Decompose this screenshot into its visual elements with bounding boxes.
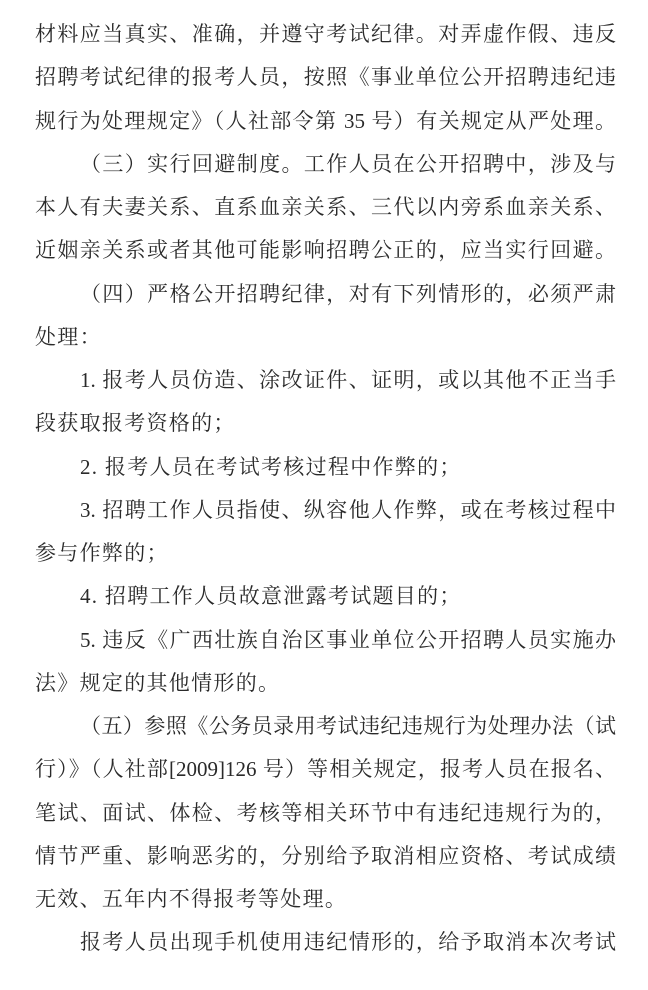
document-page: 材料应当真实、准确，并遵守考试纪律。对弄虚作假、违反 招聘考试纪律的报考人员，按… — [0, 0, 648, 990]
text-line: 参与作弊的； — [35, 532, 616, 575]
text-line: 5. 违反《广西壮族自治区事业单位公开招聘人员实施办 — [35, 619, 616, 662]
text-line: 4. 招聘工作人员故意泄露考试题目的； — [35, 575, 616, 618]
text-line: 本人有夫妻关系、直系血亲关系、三代以内旁系血亲关系、 — [35, 186, 616, 229]
text-line: 行）》（人社部[2009]126 号）等相关规定，报考人员在报名、 — [35, 748, 616, 791]
text-line: 情节严重、影响恶劣的，分别给予取消相应资格、考试成绩 — [35, 835, 616, 878]
text-line: 报考人员出现手机使用违纪情形的，给予取消本次考试 — [35, 921, 616, 964]
text-line: （四）严格公开招聘纪律，对有下列情形的，必须严肃 — [35, 273, 616, 316]
text-line: 材料应当真实、准确，并遵守考试纪律。对弄虚作假、违反 — [35, 13, 616, 56]
text-line: 处理： — [35, 316, 616, 359]
text-line: （五）参照《公务员录用考试违纪违规行为处理办法（试 — [35, 705, 616, 748]
text-line: （三）实行回避制度。工作人员在公开招聘中，涉及与 — [35, 143, 616, 186]
text-line: 段获取报考资格的； — [35, 402, 616, 445]
text-line: 笔试、面试、体检、考核等相关环节中有违纪违规行为的， — [35, 792, 616, 835]
text-line: 法》规定的其他情形的。 — [35, 662, 616, 705]
text-line: 规行为处理规定》（人社部令第 35 号）有关规定从严处理。 — [35, 100, 616, 143]
text-line: 2. 报考人员在考试考核过程中作弊的； — [35, 446, 616, 489]
text-line: 近姻亲关系或者其他可能影响招聘公正的，应当实行回避。 — [35, 229, 616, 272]
text-line: 招聘考试纪律的报考人员，按照《事业单位公开招聘违纪违 — [35, 56, 616, 99]
text-line: 无效、五年内不得报考等处理。 — [35, 878, 616, 921]
text-line: 3. 招聘工作人员指使、纵容他人作弊，或在考核过程中 — [35, 489, 616, 532]
text-line: 1. 报考人员仿造、涂改证件、证明，或以其他不正当手 — [35, 359, 616, 402]
